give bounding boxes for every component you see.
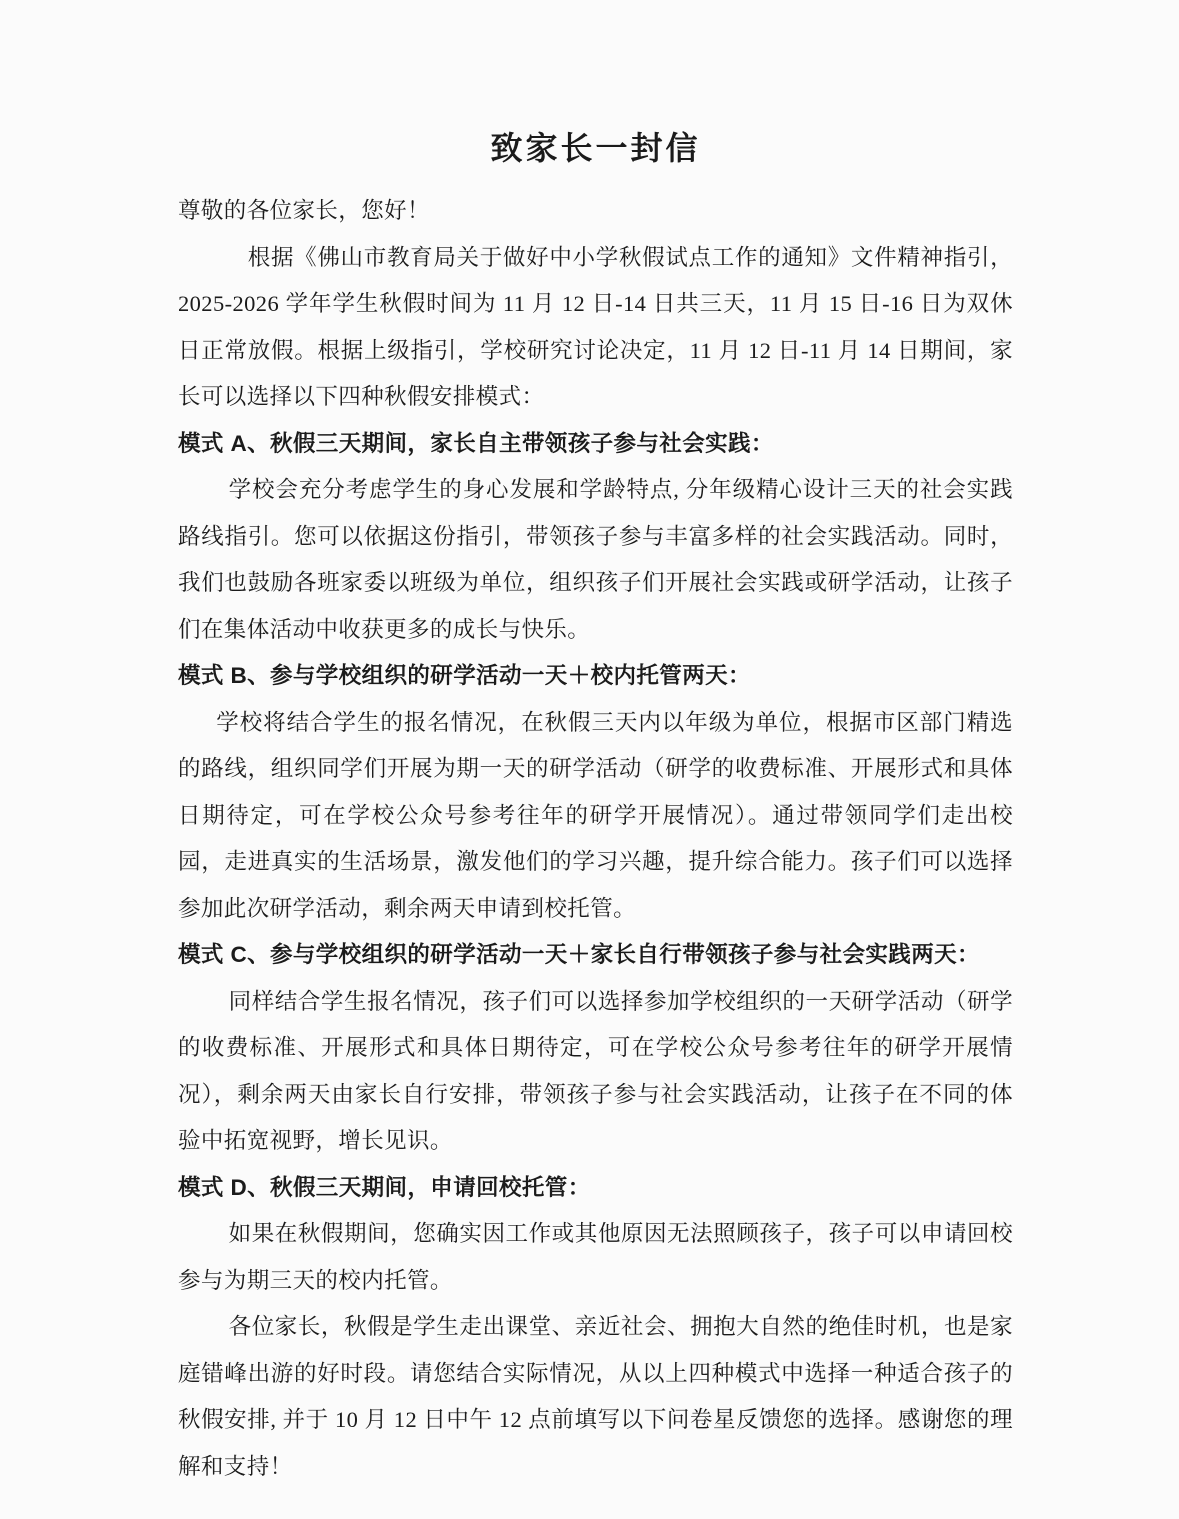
mode-b-paragraph: 学校将结合学生的报名情况，在秋假三天内以年级为单位，根据市区部门精选的路线，组织… bbox=[178, 700, 1013, 933]
intro-paragraph: 根据《佛山市教育局关于做好中小学秋假试点工作的通知》文件精神指引，2025-20… bbox=[178, 235, 1013, 421]
mode-b-heading: 模式 B、参与学校组织的研学活动一天＋校内托管两天： bbox=[178, 653, 1013, 700]
mode-d-heading: 模式 D、秋假三天期间，申请回校托管： bbox=[178, 1165, 1013, 1212]
letter-page: 致家长一封信 尊敬的各位家长，您好！ 根据《佛山市教育局关于做好中小学秋假试点工… bbox=[0, 0, 1179, 1519]
mode-c-heading: 模式 C、参与学校组织的研学活动一天＋家长自行带领孩子参与社会实践两天： bbox=[178, 932, 1013, 979]
document-title: 致家长一封信 bbox=[178, 126, 1013, 170]
mode-a-paragraph: 学校会充分考虑学生的身心发展和学龄特点, 分年级精心设计三天的社会实践路线指引。… bbox=[178, 467, 1013, 653]
mode-d-paragraph: 如果在秋假期间，您确实因工作或其他原因无法照顾孩子，孩子可以申请回校参与为期三天… bbox=[178, 1211, 1013, 1304]
closing-paragraph: 各位家长，秋假是学生走出课堂、亲近社会、拥抱大自然的绝佳时机，也是家庭错峰出游的… bbox=[178, 1304, 1013, 1490]
salutation: 尊敬的各位家长，您好！ bbox=[178, 188, 1013, 235]
mode-a-heading: 模式 A、秋假三天期间，家长自主带领孩子参与社会实践： bbox=[178, 421, 1013, 468]
mode-c-paragraph: 同样结合学生报名情况，孩子们可以选择参加学校组织的一天研学活动（研学的收费标准、… bbox=[178, 979, 1013, 1165]
